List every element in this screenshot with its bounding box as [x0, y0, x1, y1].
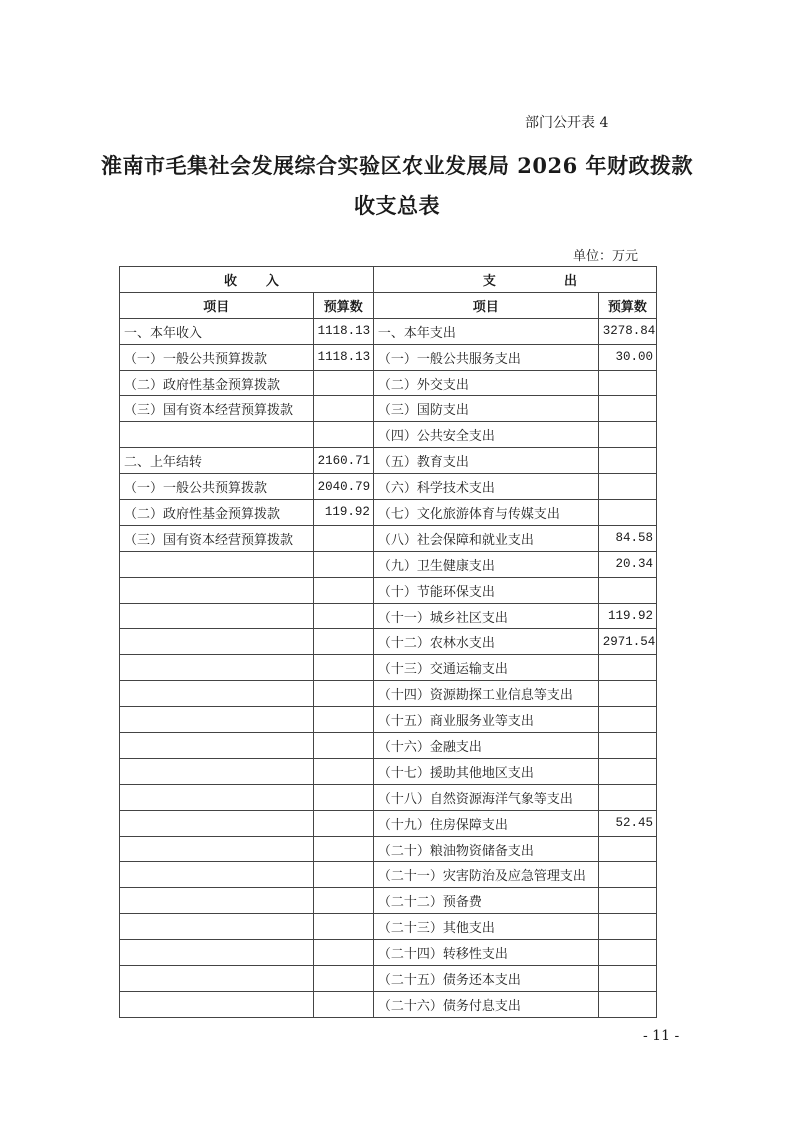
- expense-item: （十二）农林水支出: [373, 629, 598, 655]
- income-value: [313, 525, 373, 551]
- table-row: （十四）资源勘探工业信息等支出: [120, 681, 657, 707]
- income-item: [120, 681, 314, 707]
- income-value: [313, 655, 373, 681]
- income-value: [313, 577, 373, 603]
- expense-item: （四）公共安全支出: [373, 422, 598, 448]
- table-tag: 部门公开表 4: [525, 112, 608, 132]
- expense-budget-header: 预算数: [598, 292, 656, 318]
- income-item: （一）一般公共预算拨款: [120, 474, 314, 500]
- expense-item: （五）教育支出: [373, 448, 598, 474]
- income-value: [313, 422, 373, 448]
- expense-value: [598, 940, 656, 966]
- income-item: （一）一般公共预算拨款: [120, 344, 314, 370]
- expense-item: （二十一）灾害防治及应急管理支出: [373, 862, 598, 888]
- income-value: [313, 888, 373, 914]
- expense-item: （一）一般公共服务支出: [373, 344, 598, 370]
- table-row: （十七）援助其他地区支出: [120, 758, 657, 784]
- income-value: [313, 370, 373, 396]
- income-item: [120, 862, 314, 888]
- table-row: （十五）商业服务业等支出: [120, 707, 657, 733]
- income-item: [120, 991, 314, 1017]
- income-value: [313, 810, 373, 836]
- expense-item: （二十四）转移性支出: [373, 940, 598, 966]
- income-value: [313, 784, 373, 810]
- expense-value: [598, 655, 656, 681]
- expense-item-header: 项目: [373, 292, 598, 318]
- table-row: （九）卫生健康支出20.34: [120, 551, 657, 577]
- income-item: （三）国有资本经营预算拨款: [120, 525, 314, 551]
- income-item: [120, 836, 314, 862]
- expense-item: （二十二）预备费: [373, 888, 598, 914]
- expense-value: [598, 991, 656, 1017]
- income-item: [120, 810, 314, 836]
- expense-value: [598, 422, 656, 448]
- expense-value: 52.45: [598, 810, 656, 836]
- income-item: [120, 758, 314, 784]
- table-row: （二十二）预备费: [120, 888, 657, 914]
- income-value: [313, 629, 373, 655]
- table-row: 二、上年结转2160.71（五）教育支出: [120, 448, 657, 474]
- table-row: （二）政府性基金预算拨款（二）外交支出: [120, 370, 657, 396]
- table-row: （一）一般公共预算拨款1118.13（一）一般公共服务支出30.00: [120, 344, 657, 370]
- expense-value: 119.92: [598, 603, 656, 629]
- table-row: （二十六）债务付息支出: [120, 991, 657, 1017]
- income-value: 1118.13: [313, 318, 373, 344]
- expense-item: （十四）资源勘探工业信息等支出: [373, 681, 598, 707]
- expense-item: （十八）自然资源海洋气象等支出: [373, 784, 598, 810]
- table-row: （十二）农林水支出2971.54: [120, 629, 657, 655]
- table-row: （十九）住房保障支出52.45: [120, 810, 657, 836]
- table-row: （十六）金融支出: [120, 733, 657, 759]
- unit-label: 单位：万元: [573, 245, 638, 264]
- income-value: [313, 836, 373, 862]
- expense-item: （十三）交通运输支出: [373, 655, 598, 681]
- table-row: （四）公共安全支出: [120, 422, 657, 448]
- expense-item: （十六）金融支出: [373, 733, 598, 759]
- table-row: （二十五）债务还本支出: [120, 966, 657, 992]
- income-value: 2040.79: [313, 474, 373, 500]
- page-title-line1: 淮南市毛集社会发展综合实验区农业发展局 2026 年财政拨款: [0, 150, 794, 180]
- income-item: 二、上年结转: [120, 448, 314, 474]
- budget-table: 收入 支出 项目 预算数 项目 预算数 一、本年收入1118.13一、本年支出3…: [119, 266, 657, 1018]
- expense-value: 3278.84: [598, 318, 656, 344]
- expense-item: （七）文化旅游体育与传媒支出: [373, 500, 598, 526]
- expense-item: （二十三）其他支出: [373, 914, 598, 940]
- page-number: - 11 -: [643, 1028, 679, 1044]
- table-row: 一、本年收入1118.13一、本年支出3278.84: [120, 318, 657, 344]
- expense-item: （二十六）债务付息支出: [373, 991, 598, 1017]
- income-item: [120, 914, 314, 940]
- income-value: [313, 551, 373, 577]
- expense-value: [598, 396, 656, 422]
- page-title-line2: 收支总表: [0, 190, 794, 220]
- income-value: [313, 707, 373, 733]
- income-item: [120, 966, 314, 992]
- income-value: [313, 396, 373, 422]
- expense-item: 一、本年支出: [373, 318, 598, 344]
- expense-item: （十五）商业服务业等支出: [373, 707, 598, 733]
- income-value: [313, 862, 373, 888]
- table-row: （十三）交通运输支出: [120, 655, 657, 681]
- income-value: [313, 914, 373, 940]
- expense-value: [598, 836, 656, 862]
- column-header-row: 项目 预算数 项目 预算数: [120, 292, 657, 318]
- income-value: 119.92: [313, 500, 373, 526]
- income-item: （二）政府性基金预算拨款: [120, 500, 314, 526]
- income-value: [313, 966, 373, 992]
- table-row: （二十）粮油物资储备支出: [120, 836, 657, 862]
- income-item: （三）国有资本经营预算拨款: [120, 396, 314, 422]
- expense-header: 支出: [373, 267, 656, 293]
- expense-value: [598, 862, 656, 888]
- table-row: （十八）自然资源海洋气象等支出: [120, 784, 657, 810]
- expense-value: [598, 500, 656, 526]
- income-item: [120, 577, 314, 603]
- table-row: （十）节能环保支出: [120, 577, 657, 603]
- income-value: [313, 991, 373, 1017]
- income-item: [120, 603, 314, 629]
- expense-value: 2971.54: [598, 629, 656, 655]
- income-item: [120, 551, 314, 577]
- expense-item: （十九）住房保障支出: [373, 810, 598, 836]
- expense-item: （二十五）债务还本支出: [373, 966, 598, 992]
- expense-item: （二）外交支出: [373, 370, 598, 396]
- expense-value: [598, 577, 656, 603]
- expense-value: [598, 474, 656, 500]
- table-row: （二）政府性基金预算拨款119.92（七）文化旅游体育与传媒支出: [120, 500, 657, 526]
- expense-value: [598, 707, 656, 733]
- expense-item: （三）国防支出: [373, 396, 598, 422]
- expense-value: [598, 758, 656, 784]
- income-value: [313, 940, 373, 966]
- expense-value: [598, 681, 656, 707]
- expense-value: 84.58: [598, 525, 656, 551]
- income-item-header: 项目: [120, 292, 314, 318]
- income-item: [120, 629, 314, 655]
- income-item: [120, 422, 314, 448]
- expense-value: 20.34: [598, 551, 656, 577]
- income-budget-header: 预算数: [313, 292, 373, 318]
- income-item: [120, 888, 314, 914]
- income-value: [313, 758, 373, 784]
- expense-item: （八）社会保障和就业支出: [373, 525, 598, 551]
- expense-value: [598, 370, 656, 396]
- income-value: [313, 603, 373, 629]
- table-row: （二十四）转移性支出: [120, 940, 657, 966]
- expense-item: （十七）援助其他地区支出: [373, 758, 598, 784]
- expense-item: （十）节能环保支出: [373, 577, 598, 603]
- expense-item: （九）卫生健康支出: [373, 551, 598, 577]
- income-item: [120, 655, 314, 681]
- income-value: [313, 681, 373, 707]
- table-row: （一）一般公共预算拨款2040.79（六）科学技术支出: [120, 474, 657, 500]
- income-value: 2160.71: [313, 448, 373, 474]
- income-item: [120, 940, 314, 966]
- income-item: [120, 707, 314, 733]
- table-row: （二十三）其他支出: [120, 914, 657, 940]
- expense-item: （六）科学技术支出: [373, 474, 598, 500]
- table-row: （二十一）灾害防治及应急管理支出: [120, 862, 657, 888]
- table-row: （三）国有资本经营预算拨款（三）国防支出: [120, 396, 657, 422]
- income-value: 1118.13: [313, 344, 373, 370]
- expense-value: [598, 914, 656, 940]
- income-item: [120, 784, 314, 810]
- expense-value: 30.00: [598, 344, 656, 370]
- expense-item: （十一）城乡社区支出: [373, 603, 598, 629]
- section-header-row: 收入 支出: [120, 267, 657, 293]
- income-item: 一、本年收入: [120, 318, 314, 344]
- income-value: [313, 733, 373, 759]
- table-row: （十一）城乡社区支出119.92: [120, 603, 657, 629]
- expense-value: [598, 888, 656, 914]
- expense-value: [598, 448, 656, 474]
- income-item: （二）政府性基金预算拨款: [120, 370, 314, 396]
- expense-value: [598, 733, 656, 759]
- expense-value: [598, 966, 656, 992]
- income-header: 收入: [120, 267, 374, 293]
- table-row: （三）国有资本经营预算拨款（八）社会保障和就业支出84.58: [120, 525, 657, 551]
- expense-value: [598, 784, 656, 810]
- income-item: [120, 733, 314, 759]
- expense-item: （二十）粮油物资储备支出: [373, 836, 598, 862]
